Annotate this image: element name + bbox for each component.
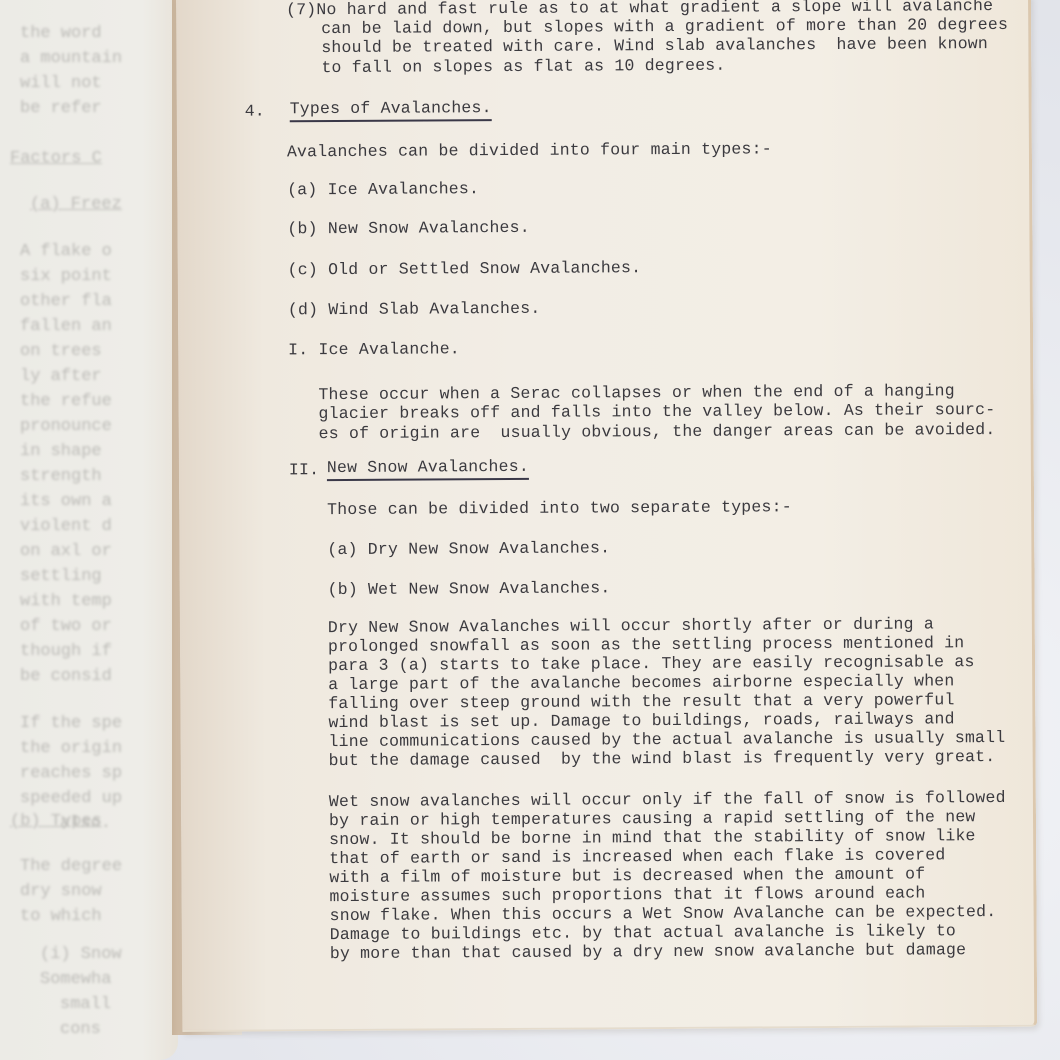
left-line: the origin	[20, 737, 122, 761]
left-line: its own a	[20, 490, 112, 514]
left-heading: (b) Types	[10, 810, 102, 834]
left-line: with temp	[20, 590, 112, 614]
left-heading: Factors C	[10, 147, 102, 171]
subsection-heading: New Snow Avalanches.	[327, 458, 529, 481]
sub1-line: es of origin are usually obvious, the da…	[319, 421, 996, 443]
section-intro: Avalanches can be divided into four main…	[287, 140, 772, 161]
type-item: (c) Old or Settled Snow Avalanches.	[288, 259, 642, 279]
left-line: A flake o	[20, 240, 112, 264]
left-line: fallen an	[20, 315, 112, 339]
left-line: will not	[20, 72, 102, 96]
left-line: to which	[20, 905, 102, 929]
left-line: Somewha	[40, 968, 111, 992]
left-heading: (a) Freez	[30, 193, 122, 217]
left-line: though if	[20, 640, 112, 664]
left-line: the refue	[20, 390, 112, 414]
left-line: reaches sp	[20, 762, 122, 786]
left-line: cons	[60, 1018, 101, 1042]
left-line: on trees	[20, 340, 102, 364]
left-page-bleed-text: the word a mountain will not be refer Fa…	[0, 0, 178, 936]
section-title: Types of Avalanches.	[290, 99, 492, 122]
left-line: other fla	[20, 290, 112, 314]
right-page: (7)No hard and fast rule as to at what g…	[176, 0, 1037, 1032]
type-item: (b) New Snow Avalanches.	[287, 219, 530, 238]
left-line: dry snow	[20, 880, 102, 904]
left-line: in shape	[20, 440, 102, 464]
para7-line: should be treated with care. Wind slab a…	[321, 35, 988, 57]
left-line: settling	[20, 565, 102, 589]
type-item: (a) Ice Avalanches.	[287, 180, 479, 199]
left-line: speeded up	[20, 787, 122, 811]
left-page: the word a mountain will not be refer Fa…	[0, 0, 178, 1060]
left-line: small	[60, 993, 111, 1017]
left-line: a mountain	[20, 47, 122, 71]
wet-line: by more than that caused by a dry new sn…	[330, 941, 967, 963]
left-line: the word	[20, 22, 102, 46]
left-line: violent d	[20, 515, 112, 539]
left-line: strength	[20, 465, 102, 489]
dry-line: but the damage caused by the wind blast …	[329, 748, 996, 770]
sub2-intro: Those can be divided into two separate t…	[327, 498, 792, 519]
left-line: be consid	[20, 665, 112, 689]
type-item: (d) Wind Slab Avalanches.	[288, 300, 541, 320]
left-line: ly after	[20, 365, 102, 389]
left-line: six point	[20, 265, 112, 289]
left-line: pronounce	[20, 415, 112, 439]
left-line: be refer	[20, 97, 102, 121]
left-line: on axl or	[20, 540, 112, 564]
left-line: The degree	[20, 855, 122, 879]
subsection-heading: I. Ice Avalanche.	[288, 340, 460, 359]
sub2-type: (a) Dry New Snow Avalanches.	[327, 539, 610, 559]
left-line: of two or	[20, 615, 112, 639]
subsection-numeral: II.	[289, 461, 319, 479]
left-line: (i) Snow	[40, 943, 122, 967]
section-number: 4.	[245, 102, 265, 120]
para7-line: to fall on slopes as flat as 10 degrees.	[321, 57, 725, 77]
sub2-type: (b) Wet New Snow Avalanches.	[328, 579, 611, 599]
left-line: If the spe	[20, 712, 122, 736]
